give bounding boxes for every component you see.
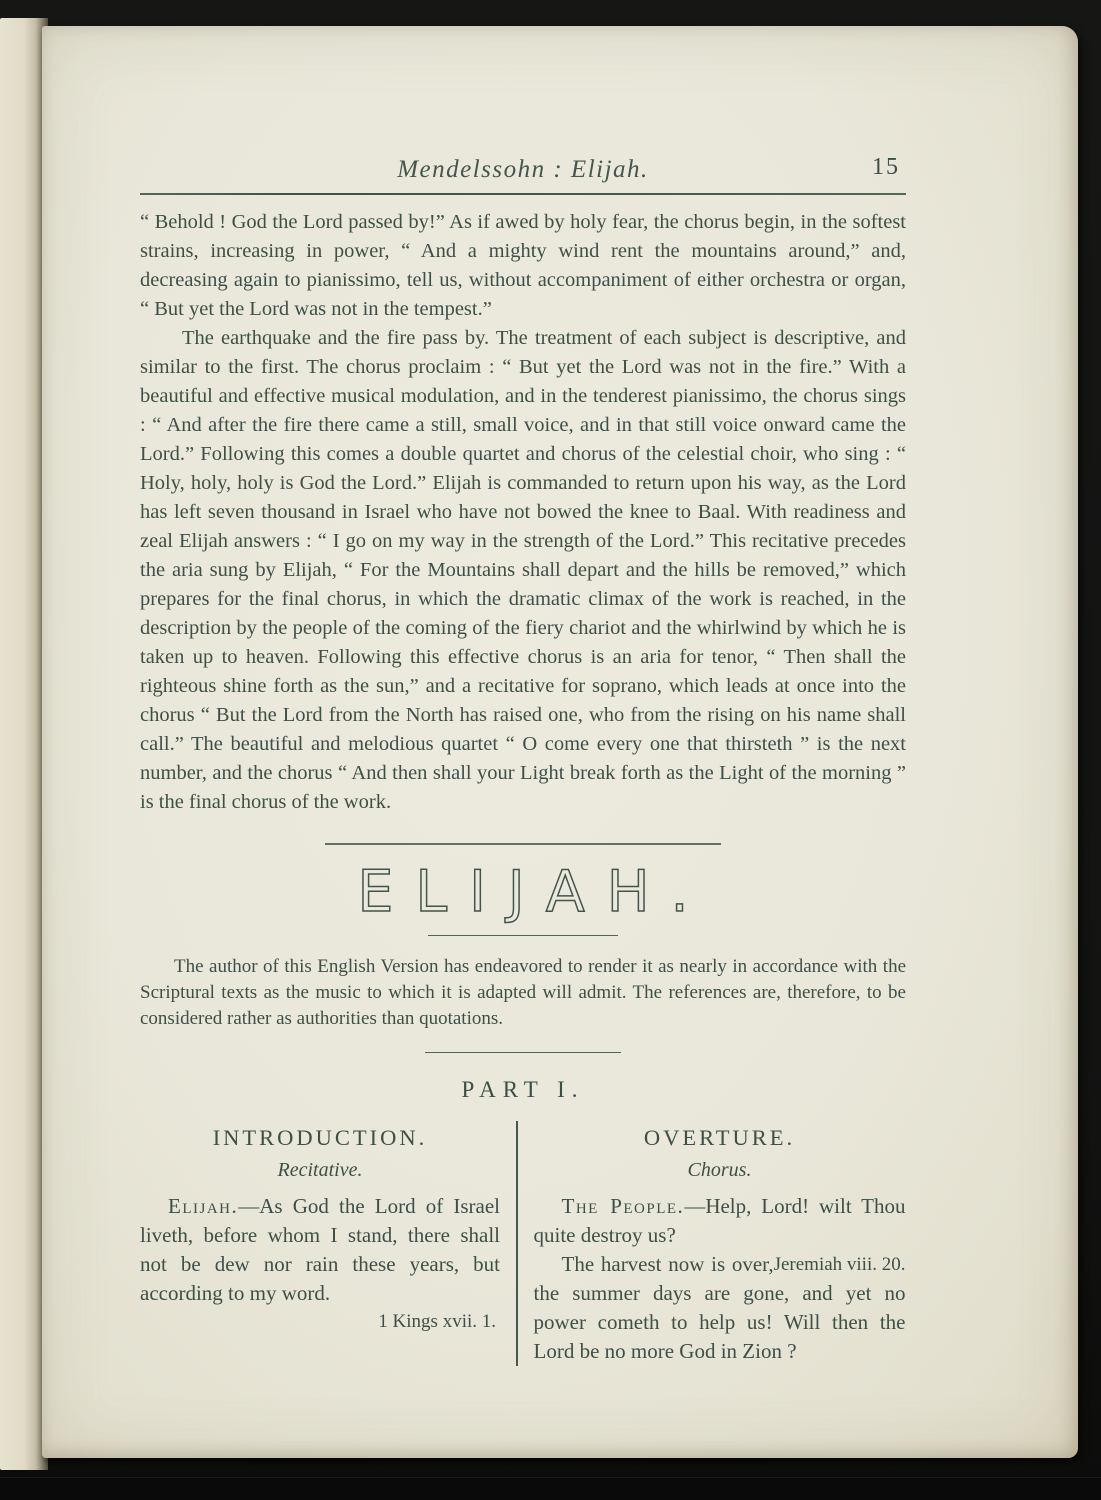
table-edge (0, 1477, 1101, 1500)
header-rule (140, 193, 906, 195)
page-number: 15 (872, 154, 900, 181)
book-scan-scene: Mendelssohn : Elijah. 15 “ Behold ! God … (0, 0, 1101, 1500)
page-content: Mendelssohn : Elijah. 15 “ Behold ! God … (140, 26, 906, 1366)
running-title: Mendelssohn : Elijah. (397, 156, 649, 183)
body-paragraph: “ Behold ! God the Lord passed by!” As i… (140, 208, 906, 324)
libretto-columns: INTRODUCTION. Recitative. Elijah.—As God… (140, 1121, 906, 1366)
editor-note: The author of this English Version has e… (140, 954, 906, 1032)
overture-speech: Jeremiah viii. 20.The harvest now is ove… (534, 1250, 906, 1366)
speaker-name: The People. (562, 1194, 685, 1218)
work-title: ELIJAH. (140, 861, 906, 923)
introduction-subheading: Recitative. (140, 1159, 500, 1182)
scripture-citation: 1 Kings xvii. 1. (140, 1311, 500, 1333)
introduction-speech: Elijah.—As God the Lord of Israel liveth… (140, 1192, 500, 1308)
column-introduction: INTRODUCTION. Recitative. Elijah.—As God… (140, 1121, 516, 1366)
overture-heading: OVERTURE. (534, 1125, 906, 1151)
section-divider-rule (325, 843, 721, 845)
overture-speech: The People.—Help, Lord! wilt Thou quite … (534, 1192, 906, 1250)
column-overture: OVERTURE. Chorus. The People.—Help, Lord… (518, 1121, 906, 1366)
part-heading: PART I. (140, 1077, 906, 1103)
body-paragraph: The earthquake and the fire pass by. The… (140, 324, 906, 817)
introduction-heading: INTRODUCTION. (140, 1125, 500, 1151)
speaker-name: Elijah. (168, 1194, 238, 1218)
scripture-citation: Jeremiah viii. 20. (774, 1250, 906, 1279)
note-divider-rule (425, 1052, 621, 1053)
title-underline-rule (428, 935, 618, 936)
previous-page-edge (0, 18, 48, 1470)
page-header: Mendelssohn : Elijah. 15 (140, 156, 906, 184)
overture-subheading: Chorus. (534, 1159, 906, 1182)
book-page: Mendelssohn : Elijah. 15 “ Behold ! God … (42, 26, 1078, 1458)
